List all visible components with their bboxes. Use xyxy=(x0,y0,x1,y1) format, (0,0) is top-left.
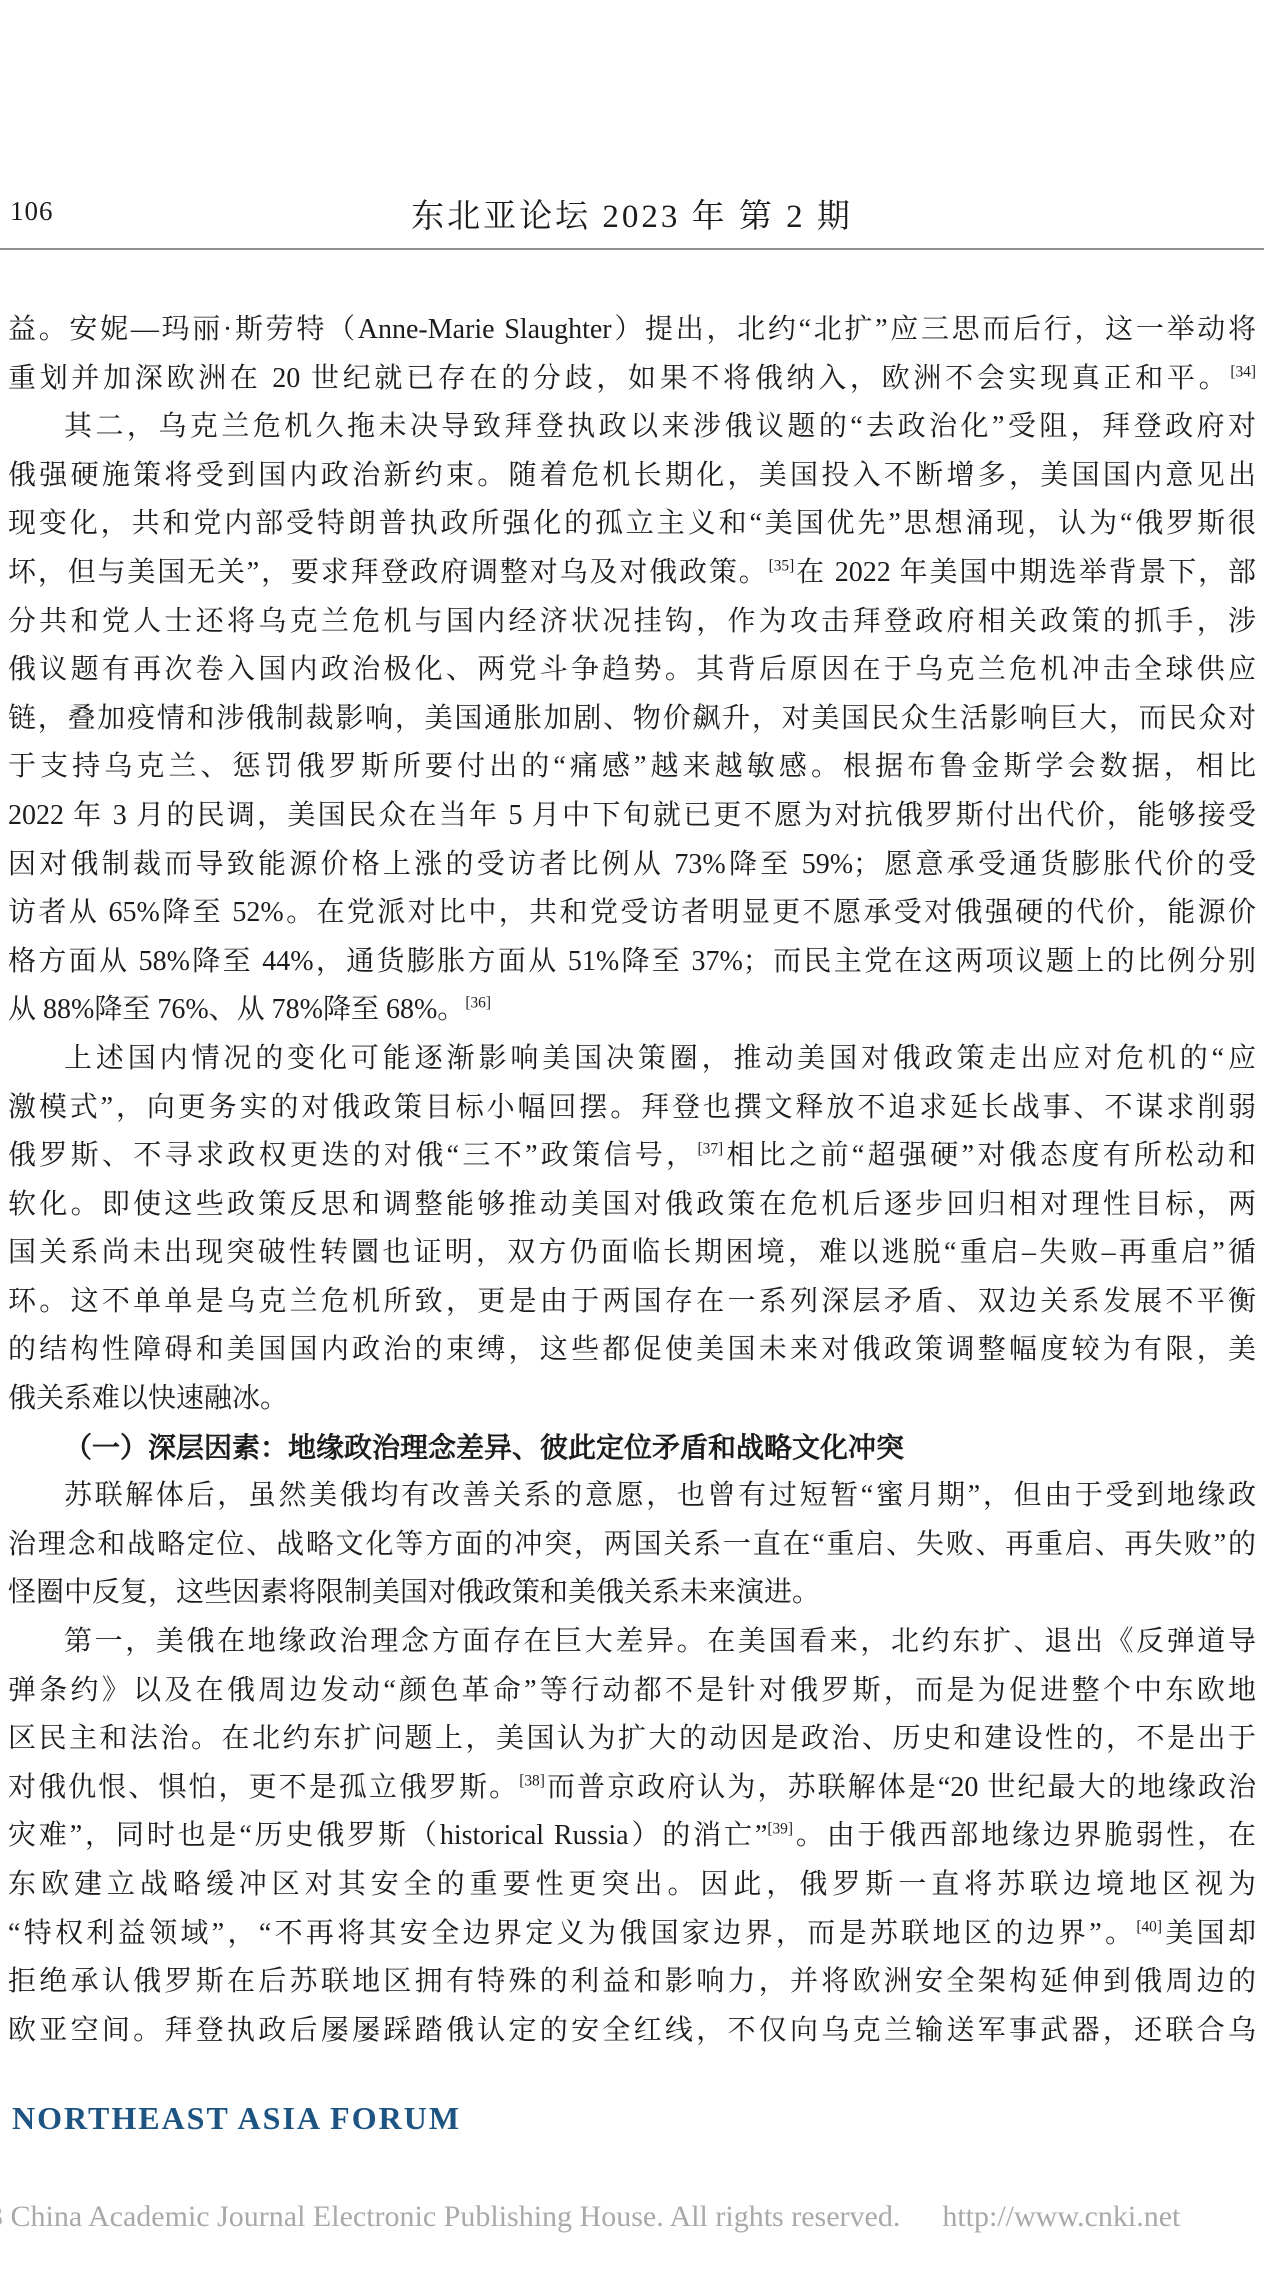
text-line: 怪圈中反复，这些因素将限制美国对俄政策和美俄关系未来演进。 xyxy=(8,1569,1256,1618)
text-line: 灾难”，同时也是“历史俄罗斯（historical Russia）的消亡”[39… xyxy=(8,1812,1256,1861)
article-body: 益。安妮—玛丽·斯劳特（Anne-Marie Slaughter）提出，北约“北… xyxy=(8,306,1256,2055)
text-line: 环。这不单单是乌克兰危机所致，更是由于两国存在一系列深层矛盾、双边关系发展不平衡 xyxy=(8,1278,1256,1327)
text-line: 现变化，共和党内部受特朗普执政所强化的孤立主义和“美国优先”思想涌现，认为“俄罗… xyxy=(8,500,1256,549)
footnote-ref: [37] xyxy=(698,1141,724,1158)
text-line: 重划并加深欧洲在 20 世纪就已存在的分歧，如果不将俄纳入，欧洲不会实现真正和平… xyxy=(8,355,1256,404)
text-line: 国关系尚未出现突破性转圜也证明，双方仍面临长期困境，难以逃脱“重启–失败–再重启… xyxy=(8,1229,1256,1278)
text-line: 对俄仇恨、惧怕，更不是孤立俄罗斯。[38]而普京政府认为，苏联解体是“20 世纪… xyxy=(8,1764,1256,1813)
footnote-ref: [35] xyxy=(769,558,795,575)
text-line: 分共和党人士还将乌克兰危机与国内经济状况挂钩，作为攻击拜登政府相关政策的抓手，涉 xyxy=(8,598,1256,647)
text-line: 俄议题有再次卷入国内政治极化、两党斗争趋势。其背后原因在于乌克兰危机冲击全球供应 xyxy=(8,646,1256,695)
text-line: 东欧建立战略缓冲区对其安全的重要性更突出。因此，俄罗斯一直将苏联边境地区视为 xyxy=(8,1861,1256,1910)
text-line: 坏，但与美国无关”，要求拜登政府调整对乌及对俄政策。[35]在 2022 年美国… xyxy=(8,549,1256,598)
text-line: 的结构性障碍和美国国内政治的束缚，这些都促使美国未来对俄政策调整幅度较为有限，美 xyxy=(8,1326,1256,1375)
text-line: 访者从 65%降至 52%。在党派对比中，共和党受访者明显更不愿承受对俄强硬的代… xyxy=(8,889,1256,938)
journal-logo: NORTHEAST ASIA FORUM xyxy=(12,2100,461,2137)
text-line: 俄关系难以快速融冰。 xyxy=(8,1375,1256,1424)
text-line: 软化。即使这些政策反思和调整能够推动美国对俄政策在危机后逐步回归相对理性目标，两 xyxy=(8,1181,1256,1230)
text-line: 俄强硬施策将受到国内政治新约束。随着危机长期化，美国投入不断增多，美国国内意见出 xyxy=(8,452,1256,501)
journal-header-title: 东北亚论坛 2023 年 第 2 期 xyxy=(0,190,1264,237)
footnote-ref: [40] xyxy=(1136,1918,1162,1935)
footnote-ref: [36] xyxy=(465,995,491,1012)
section-heading: （一）深层因素：地缘政治理念差异、彼此定位矛盾和战略文化冲突 xyxy=(8,1424,1256,1473)
text-line: 2022 年 3 月的民调，美国民众在当年 5 月中下旬就已更不愿为对抗俄罗斯付… xyxy=(8,792,1256,841)
text-line: 欧亚空间。拜登执政后屡屡踩踏俄认定的安全红线，不仅向乌克兰输送军事武器，还联合乌 xyxy=(8,2007,1256,2056)
text-line: 上述国内情况的变化可能逐渐影响美国决策圈，推动美国对俄政策走出应对危机的“应 xyxy=(8,1035,1256,1084)
watermark-url: http://www.cnki.net xyxy=(942,2200,1180,2233)
text-line: 益。安妮—玛丽·斯劳特（Anne-Marie Slaughter）提出，北约“北… xyxy=(8,306,1256,355)
text-line: 治理念和战略定位、战略文化等方面的冲突，两国关系一直在“重启、失败、再重启、再失… xyxy=(8,1521,1256,1570)
text-line: 于支持乌克兰、惩罚俄罗斯所要付出的“痛感”越来越敏感。根据布鲁金斯学会数据，相比 xyxy=(8,743,1256,792)
text-line: 拒绝承认俄罗斯在后苏联地区拥有特殊的利益和影响力，并将欧洲安全架构延伸到俄周边的 xyxy=(8,1958,1256,2007)
text-line: 苏联解体后，虽然美俄均有改善关系的意愿，也曾有过短暂“蜜月期”，但由于受到地缘政 xyxy=(8,1472,1256,1521)
footnote-ref: [39] xyxy=(767,1821,793,1838)
text-line: 弹条约》以及在俄周边发动“颜色革命”等行动都不是针对俄罗斯，而是为促进整个中东欧… xyxy=(8,1667,1256,1716)
footnote-ref: [38] xyxy=(519,1772,545,1789)
text-line: “特权利益领域”，“不再将其安全边界定义为俄国家边界，而是苏联地区的边界”。[4… xyxy=(8,1910,1256,1959)
footnote-ref: [34] xyxy=(1230,363,1256,380)
text-line: 俄罗斯、不寻求政权更迭的对俄“三不”政策信号，[37]相比之前“超强硬”对俄态度… xyxy=(8,1132,1256,1181)
text-line: 第一，美俄在地缘政治理念方面存在巨大差异。在美国看来，北约东扩、退出《反弹道导 xyxy=(8,1618,1256,1667)
text-line: 区民主和法治。在北约东扩问题上，美国认为扩大的动因是政治、历史和建设性的，不是出… xyxy=(8,1715,1256,1764)
text-line: 格方面从 58%降至 44%，通货膨胀方面从 51%降至 37%；而民主党在这两… xyxy=(8,938,1256,987)
watermark-text: 3 China Academic Journal Electronic Publ… xyxy=(0,2200,900,2233)
text-line: 因对俄制裁而导致能源价格上涨的受访者比例从 73%降至 59%；愿意承受通货膨胀… xyxy=(8,841,1256,890)
text-line: 链，叠加疫情和涉俄制裁影响，美国通胀加剧、物价飙升，对美国民众生活影响巨大，而民… xyxy=(8,695,1256,744)
header-rule xyxy=(0,248,1264,250)
text-line: 其二，乌克兰危机久拖未决导致拜登执政以来涉俄议题的“去政治化”受阻，拜登政府对 xyxy=(8,403,1256,452)
text-line: 激模式”，向更务实的对俄政策目标小幅回摆。拜登也撰文释放不追求延长战事、不谋求削… xyxy=(8,1084,1256,1133)
text-line: 从 88%降至 76%、从 78%降至 68%。[36] xyxy=(8,986,1256,1035)
watermark: 3 China Academic Journal Electronic Publ… xyxy=(0,2200,1180,2234)
